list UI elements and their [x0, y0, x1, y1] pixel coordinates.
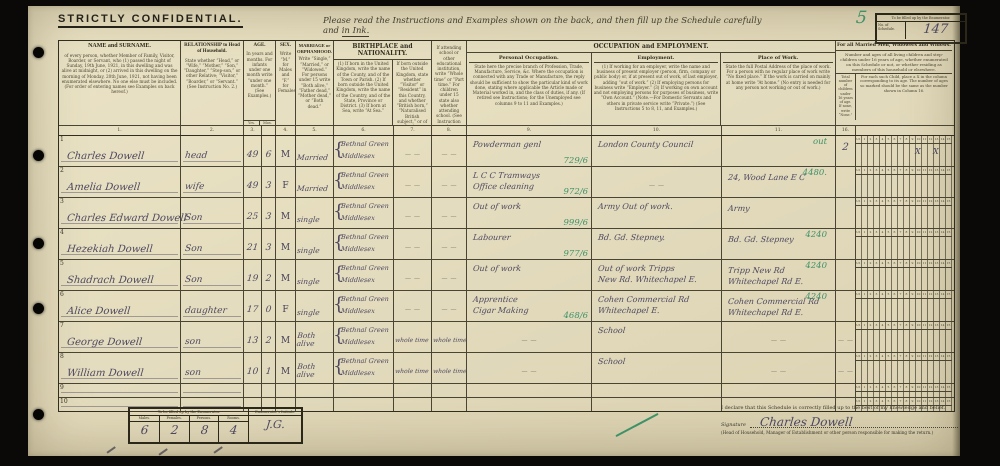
children-total-cell	[836, 167, 856, 197]
occupation-lines: ApprenticeCigar Making	[473, 294, 529, 316]
marriage-value: single	[297, 309, 334, 317]
birthplace-cell	[334, 384, 394, 397]
instruction-text: Please read the Instructions and Example…	[323, 16, 762, 36]
place-of-work-cell	[722, 322, 836, 352]
header-occupation-group: OCCUPATION and EMPLOYMENT. Personal Occu…	[467, 41, 836, 125]
name-cell: 3Charles Edward Dowell	[59, 198, 181, 228]
age-months-value: 0	[261, 305, 275, 315]
fill-in-ink-instruction: Please read the Instructions and Example…	[323, 16, 773, 36]
nationality-cell	[394, 260, 432, 290]
place-code-green: 4240	[805, 230, 827, 240]
place-of-work-note: State the full Postal Address of the pla…	[725, 64, 830, 90]
children-ages-grid: U1123456789101112131415	[856, 384, 952, 397]
children-group-title: For all Married Men, Widowers and Widows…	[836, 41, 952, 51]
header-marriage-column: MARRIAGE or ORPHANHOOD. Write “Single,” …	[296, 41, 334, 125]
in-ink-emphasis: in Ink.	[342, 26, 370, 37]
header-sex-column: SEX. Write “M.” for Males and “F.” for F…	[276, 41, 296, 125]
employer-cell: Army Out of work.	[592, 198, 722, 228]
nationality-cell: whole time	[394, 353, 432, 383]
employer-lines: London County Council	[598, 139, 693, 150]
relationship-column-note: State whether “Head,” or “Wife,” “Mother…	[181, 57, 243, 91]
ages-cells	[856, 268, 952, 290]
employer-cell: Cohen Commercial RdWhitechapel E.	[592, 291, 722, 321]
occupation-lines: Out of work	[473, 201, 521, 212]
sex-cell: M	[276, 353, 296, 383]
header-relationship-column: RELATIONSHIP to Head of Household. State…	[181, 41, 244, 125]
place-of-work-cell: Tripp New RdWhitechapel Rd E.4240	[722, 260, 836, 290]
relationship-cell: head	[181, 136, 244, 166]
sex-value: M	[276, 367, 295, 377]
sex-value: M	[276, 150, 295, 160]
enumerator-box-title: To be filled up by the Enumerator.	[130, 409, 248, 416]
header-children-group: For all Married Men, Widowers and Widows…	[836, 41, 952, 125]
place-of-work-cell: out	[722, 136, 836, 166]
marriage-column-note: Write “Single,” “Married,” or “Widowed.”…	[296, 55, 333, 110]
column-number: 2.	[181, 126, 244, 135]
occupation-cell	[467, 384, 592, 397]
males-count: 6	[129, 422, 160, 442]
age-years-cell: 17	[244, 291, 262, 321]
place-lines: Army	[728, 203, 750, 214]
age-months-sublabel: Mos.	[260, 121, 275, 125]
declaration-block: I declare that this Schedule is correctl…	[721, 405, 958, 435]
relationship-cell: wife	[181, 167, 244, 197]
column-number: 16.	[836, 126, 856, 135]
occupation-cell: Out of work	[467, 260, 592, 290]
relationship-value: Son	[184, 244, 202, 254]
birthplace-cell: {Bethnal GreenMiddlesex	[334, 353, 394, 383]
sex-cell: M	[276, 229, 296, 259]
education-cell	[432, 136, 467, 166]
row-number: 5	[60, 260, 64, 267]
ages-cells	[856, 237, 952, 259]
place-of-work-cell: Bd. Gd. Stepney4240	[722, 229, 836, 259]
table-row: 4Hezekiah Dowell Son 21 3 M single {Beth…	[59, 229, 954, 260]
sex-value: F	[276, 305, 295, 315]
children-ages-grid: U1123456789101112131415	[856, 353, 952, 383]
ages-cells	[856, 361, 952, 383]
pencil-tick	[106, 446, 115, 453]
header-name-column: NAME and SURNAME. of every person, wheth…	[59, 41, 181, 125]
relationship-value: son	[184, 368, 201, 378]
employer-lines: School	[598, 325, 625, 336]
marriage-cell: Both alive	[296, 322, 334, 352]
children-total-cell: 2	[836, 136, 856, 166]
females-count: 2	[159, 422, 190, 442]
relationship-cell: Son	[181, 260, 244, 290]
nationality-value: whole time	[395, 337, 429, 344]
children-total-cell	[836, 291, 856, 321]
row-number: 6	[60, 291, 64, 298]
nationality-cell	[394, 136, 432, 166]
name-cell: 8William Dowell	[59, 353, 181, 383]
age-years-sublabel: Yrs.	[244, 121, 260, 125]
relationship-cell: son	[181, 353, 244, 383]
name-value: Alice Dowell	[66, 306, 130, 317]
children-ages-grid: U1123456789101112131415	[856, 136, 952, 166]
age-months-cell: 3	[262, 167, 276, 197]
column-number: 6.	[334, 126, 394, 135]
marriage-cell: Married	[296, 167, 334, 197]
education-cell	[432, 384, 467, 397]
place-of-work-cell: Cohen Commercial RdWhitechapel Rd E.4240	[722, 291, 836, 321]
occupation-cell	[467, 398, 592, 411]
row-number: 8	[60, 353, 64, 360]
children-ages-grid: U1123456789101112131415	[856, 322, 952, 352]
birthplace-lines: Bethnal GreenMiddlesex	[341, 138, 389, 162]
name-cell: 4Hezekiah Dowell	[59, 229, 181, 259]
name-value: Hezekiah Dowell	[66, 244, 153, 255]
marriage-column-title: MARRIAGE or ORPHANHOOD.	[296, 41, 333, 55]
name-value: Charles Edward Dowell	[66, 213, 187, 224]
sex-cell: M	[276, 136, 296, 166]
children-grid-note: For each such Child, place a X in the co…	[856, 74, 952, 120]
occupation-cell: ApprenticeCigar Making468/6	[467, 291, 592, 321]
place-of-work-cell: Army	[722, 198, 836, 228]
name-value: Charles Dowell	[66, 151, 144, 162]
children-total-value: 2	[835, 142, 855, 153]
age-months-cell: 3	[262, 229, 276, 259]
place-of-work-cell: 24, Wood Lane E C4480.	[722, 167, 836, 197]
education-cell	[432, 260, 467, 290]
children-total-note: Total number of children under 16 years …	[836, 74, 856, 120]
row-number: 1	[60, 136, 64, 143]
employer-cell	[592, 398, 722, 411]
age-months-value: 2	[261, 336, 275, 346]
declaration-text: I declare that this Schedule is correctl…	[721, 405, 958, 411]
employer-lines: Cohen Commercial RdWhitechapel E.	[598, 294, 689, 316]
relationship-value: Son	[184, 275, 202, 285]
relationship-value: wife	[184, 182, 204, 192]
marriage-cell: single	[296, 291, 334, 321]
age-months-value: 3	[261, 243, 275, 253]
education-cell	[432, 167, 467, 197]
name-value: Amelia Dowell	[66, 182, 140, 193]
age-years-cell: 13	[244, 322, 262, 352]
ages-header: U1123456789101112131415	[856, 322, 952, 330]
marriage-value: Both alive	[296, 332, 334, 347]
marriage-cell	[296, 384, 334, 397]
relationship-cell: Son	[181, 229, 244, 259]
sex-value: M	[276, 212, 295, 222]
place-lines: Tripp New RdWhitechapel Rd E.	[728, 265, 803, 287]
row-number: 7	[60, 322, 64, 329]
age-years-value: 13	[243, 336, 261, 346]
place-code-green: 4240	[805, 261, 827, 271]
birthplace-lines: Bethnal GreenMiddlesex	[341, 169, 389, 193]
marriage-value: single	[297, 216, 334, 224]
persons-count: 8	[188, 422, 219, 442]
birthplace-cell	[334, 398, 394, 411]
marriage-cell: Married	[296, 136, 334, 166]
birthplace-cell: {Bethnal GreenMiddlesex	[334, 260, 394, 290]
place-of-work-title: Place of Work.	[723, 54, 833, 63]
age-months-cell: 2	[262, 322, 276, 352]
column-number: 5.	[296, 126, 334, 135]
age-months-cell: 3	[262, 198, 276, 228]
children-total-cell	[836, 198, 856, 228]
place-code-green: 4240	[805, 292, 827, 302]
name-cell: 5Shadrach Dowell	[59, 260, 181, 290]
occupation-cell: Powderman genl729/6	[467, 136, 592, 166]
table-row: 5Shadrach Dowell Son 19 2 M single {Beth…	[59, 260, 954, 291]
name-value: George Dowell	[66, 337, 142, 348]
marriage-cell: single	[296, 198, 334, 228]
employer-cell	[592, 167, 722, 197]
age-years-cell	[244, 384, 262, 397]
birthplace-lines: Bethnal GreenMiddlesex	[341, 324, 389, 348]
table-row: 3Charles Edward Dowell Son 25 3 M single…	[59, 198, 954, 229]
education-cell: whole time	[432, 322, 467, 352]
birthplace-lines: Bethnal GreenMiddlesex	[341, 355, 389, 379]
row-number: 2	[60, 167, 64, 174]
education-cell	[432, 229, 467, 259]
birthplace-lines: Bethnal GreenMiddlesex	[341, 200, 389, 224]
place-code-green: out	[813, 137, 827, 147]
children-ages-grid: U1123456789101112131415	[856, 229, 952, 259]
employer-cell: Bd. Gd. Stepney.	[592, 229, 722, 259]
children-ages-grid: U1123456789101112131415	[856, 260, 952, 290]
ages-header: U1123456789101112131415	[856, 291, 952, 299]
occupation-lines: L C C TramwaysOffice cleaning	[473, 170, 540, 192]
column-number: 7.	[394, 126, 432, 135]
relationship-value: son	[184, 337, 201, 347]
age-months-cell: 6	[262, 136, 276, 166]
employer-lines: School	[598, 356, 625, 367]
sex-value: M	[276, 274, 295, 284]
table-row: 9 U1123456789101112131415	[59, 384, 954, 398]
ages-cells	[856, 144, 952, 166]
place-lines: Bd. Gd. Stepney	[728, 234, 794, 245]
sex-cell: F	[276, 291, 296, 321]
nationality-cell	[394, 398, 432, 411]
employer-lines: Bd. Gd. Stepney.	[598, 232, 665, 243]
enumerator-initials-label: Enumerator's Initials.	[249, 409, 301, 416]
birthplace-cell: {Bethnal GreenMiddlesex	[334, 322, 394, 352]
age-column-note: In years and months. For infants under o…	[244, 50, 275, 99]
personal-occupation-note: State here the precise branch of Profess…	[470, 64, 588, 106]
birthplace-cell: {Bethnal GreenMiddlesex	[334, 229, 394, 259]
punch-hole	[33, 150, 44, 161]
relationship-cell: daughter	[181, 291, 244, 321]
name-column-title: NAME and SURNAME.	[59, 41, 180, 52]
sex-value: M	[276, 336, 295, 346]
ages-header: U1123456789101112131415	[856, 136, 952, 144]
row-number: 10	[60, 398, 68, 405]
relationship-cell: son	[181, 322, 244, 352]
birthplace-column-note: (1) If born in the United Kingdom, write…	[334, 60, 393, 125]
sex-cell	[276, 384, 296, 397]
row-number: 9	[60, 384, 64, 391]
employer-lines: Army Out of work.	[598, 201, 673, 212]
education-cell	[432, 291, 467, 321]
occupation-code-green: 468/6	[564, 311, 589, 321]
sex-value: F	[276, 181, 295, 191]
age-months-value: 3	[261, 181, 275, 191]
education-value: whole time	[433, 368, 467, 375]
relationship-cell: Son	[181, 198, 244, 228]
green-check-mark	[615, 413, 658, 437]
marriage-value: single	[297, 278, 334, 286]
nationality-column-note: If born outside the United Kingdom, stat…	[393, 60, 431, 125]
employer-cell	[592, 384, 722, 397]
birthplace-lines: Bethnal GreenMiddlesex	[341, 293, 389, 317]
name-value: William Dowell	[66, 368, 144, 379]
column-number: 11.	[722, 126, 836, 135]
registrar-green-mark: 5	[855, 8, 868, 28]
age-months-cell: 1	[262, 353, 276, 383]
age-years-value: 10	[243, 367, 261, 377]
age-months-cell	[262, 384, 276, 397]
age-column-title: AGE.	[244, 41, 275, 50]
name-cell: 7George Dowell	[59, 322, 181, 352]
children-total-cell	[836, 384, 856, 397]
sex-column-note: Write “M.” for Males and “F.” for Female…	[276, 50, 295, 94]
signature-label: Signature	[721, 422, 746, 428]
age-months-cell: 2	[262, 260, 276, 290]
birthplace-cell: {Bethnal GreenMiddlesex	[334, 136, 394, 166]
header-birthplace-group: BIRTHPLACE and NATIONALITY. (1) If born …	[334, 41, 432, 125]
relationship-column-title: RELATIONSHIP to Head of Household.	[181, 41, 243, 57]
place-of-work-cell	[722, 353, 836, 383]
education-cell	[432, 198, 467, 228]
occupation-cell: Labourer977/6	[467, 229, 592, 259]
table-row: 2Amelia Dowell wife 49 3 F Married {Beth…	[59, 167, 954, 198]
pencil-tick	[158, 448, 167, 455]
age-months-value: 1	[261, 367, 275, 377]
employer-cell: School	[592, 353, 722, 383]
page-edge-shadow	[952, 6, 960, 456]
age-years-cell: 49	[244, 136, 262, 166]
marriage-cell: Both alive	[296, 353, 334, 383]
age-years-value: 49	[243, 150, 261, 160]
occupation-cell	[467, 353, 592, 383]
census-schedule-scan: STRICTLY CONFIDENTIAL. Please read the I…	[0, 0, 1000, 466]
name-value: Shadrach Dowell	[66, 275, 154, 286]
signature-line: Charles Dowell	[750, 414, 958, 428]
ages-header: U1123456789101112131415	[856, 353, 952, 361]
occupation-code-green: 729/6	[564, 156, 589, 166]
occupation-lines: Powderman genl	[473, 139, 541, 150]
column-number: 9.	[467, 126, 592, 135]
table-row: 1Charles Dowell head 49 6 M Married {Bet…	[59, 136, 954, 167]
occupation-code-green: 972/6	[564, 187, 589, 197]
punch-hole	[33, 47, 44, 58]
sex-cell: M	[276, 260, 296, 290]
age-months-value: 2	[261, 274, 275, 284]
nationality-value: whole time	[395, 368, 429, 375]
nationality-cell: whole time	[394, 322, 432, 352]
age-years-value: 19	[243, 274, 261, 284]
table-header: NAME and SURNAME. of every person, wheth…	[59, 41, 954, 126]
children-total-cell	[836, 260, 856, 290]
occupation-lines: Labourer	[473, 232, 511, 243]
name-cell: 6Alice Dowell	[59, 291, 181, 321]
children-ages-grid: U1123456789101112131415	[856, 198, 952, 228]
row-number: 3	[60, 198, 64, 205]
age-years-cell: 10	[244, 353, 262, 383]
children-ages-grid: U1123456789101112131415	[856, 167, 952, 197]
employment-note: (1) If working for an employer, write th…	[594, 64, 718, 111]
column-number: 1.	[59, 126, 181, 135]
row-number: 4	[60, 229, 64, 236]
ages-header: U1123456789101112131415	[856, 167, 952, 175]
ages-header: U1123456789101112131415	[856, 198, 952, 206]
children-total-cell	[836, 322, 856, 352]
name-column-note: of every person, whether Member of Famil…	[59, 52, 180, 96]
children-group-note: Number and ages of all living children a…	[836, 51, 952, 74]
marriage-value: single	[297, 247, 334, 255]
birthplace-lines: Bethnal GreenMiddlesex	[341, 231, 389, 255]
table-row: 7George Dowell son 13 2 M Both alive {Be…	[59, 322, 954, 353]
employer-cell: Out of work TrippsNew Rd. Whitechapel E.	[592, 260, 722, 290]
employment-title: Employment.	[594, 54, 719, 63]
header-education-column: If attending school or other educational…	[432, 41, 467, 125]
age-years-cell: 25	[244, 198, 262, 228]
relationship-value: daughter	[184, 306, 227, 316]
employer-lines: Out of work TrippsNew Rd. Whitechapel E.	[598, 263, 697, 285]
occupation-cell: L C C TramwaysOffice cleaning972/6	[467, 167, 592, 197]
punch-hole	[33, 409, 44, 420]
sex-cell: F	[276, 167, 296, 197]
nationality-cell	[394, 198, 432, 228]
age-months-cell: 0	[262, 291, 276, 321]
sex-cell: M	[276, 198, 296, 228]
marriage-cell: single	[296, 260, 334, 290]
census-table: NAME and SURNAME. of every person, wheth…	[58, 40, 955, 412]
place-code-green: 4480.	[803, 168, 827, 178]
marriage-value: Married	[297, 154, 334, 162]
confidential-heading: STRICTLY CONFIDENTIAL.	[58, 13, 243, 28]
signature-value: Charles Dowell	[759, 415, 853, 429]
education-column-note: If attending school or other educational…	[432, 41, 466, 125]
relationship-cell	[181, 384, 244, 397]
sex-column-title: SEX.	[276, 41, 295, 50]
age-years-value: 21	[243, 243, 261, 253]
marriage-cell: single	[296, 229, 334, 259]
occupation-code-green: 977/6	[564, 249, 589, 259]
relationship-value: Son	[184, 213, 202, 223]
age-years-value: 17	[243, 305, 261, 315]
enumerator-box: To be filled up by the Enumerator. Males…	[128, 407, 303, 444]
header-age-column: AGE. In years and months. For infants un…	[244, 41, 276, 125]
name-cell: 9	[59, 384, 181, 397]
sex-value: M	[276, 243, 295, 253]
nationality-cell	[394, 167, 432, 197]
occupation-lines: Out of work	[473, 263, 521, 274]
age-years-value: 49	[243, 181, 261, 191]
birthplace-cell: {Bethnal GreenMiddlesex	[334, 291, 394, 321]
birthplace-cell: {Bethnal GreenMiddlesex	[334, 167, 394, 197]
rooms-count: 4	[218, 422, 249, 442]
education-cell: whole time	[432, 353, 467, 383]
name-cell: 2Amelia Dowell	[59, 167, 181, 197]
column-number: 10.	[592, 126, 722, 135]
punch-hole	[33, 238, 44, 249]
column-number	[262, 126, 276, 135]
children-total-cell	[836, 229, 856, 259]
occupation-group-title: OCCUPATION and EMPLOYMENT.	[467, 41, 835, 53]
column-number: 4.	[276, 126, 296, 135]
column-number	[856, 126, 952, 135]
punch-hole	[33, 303, 44, 314]
occupation-cell: Out of work999/6	[467, 198, 592, 228]
age-years-cell: 21	[244, 229, 262, 259]
nationality-cell	[394, 291, 432, 321]
name-cell: 1Charles Dowell	[59, 136, 181, 166]
table-row: 8William Dowell son 10 1 M Both alive {B…	[59, 353, 954, 384]
ages-cells	[856, 330, 952, 352]
